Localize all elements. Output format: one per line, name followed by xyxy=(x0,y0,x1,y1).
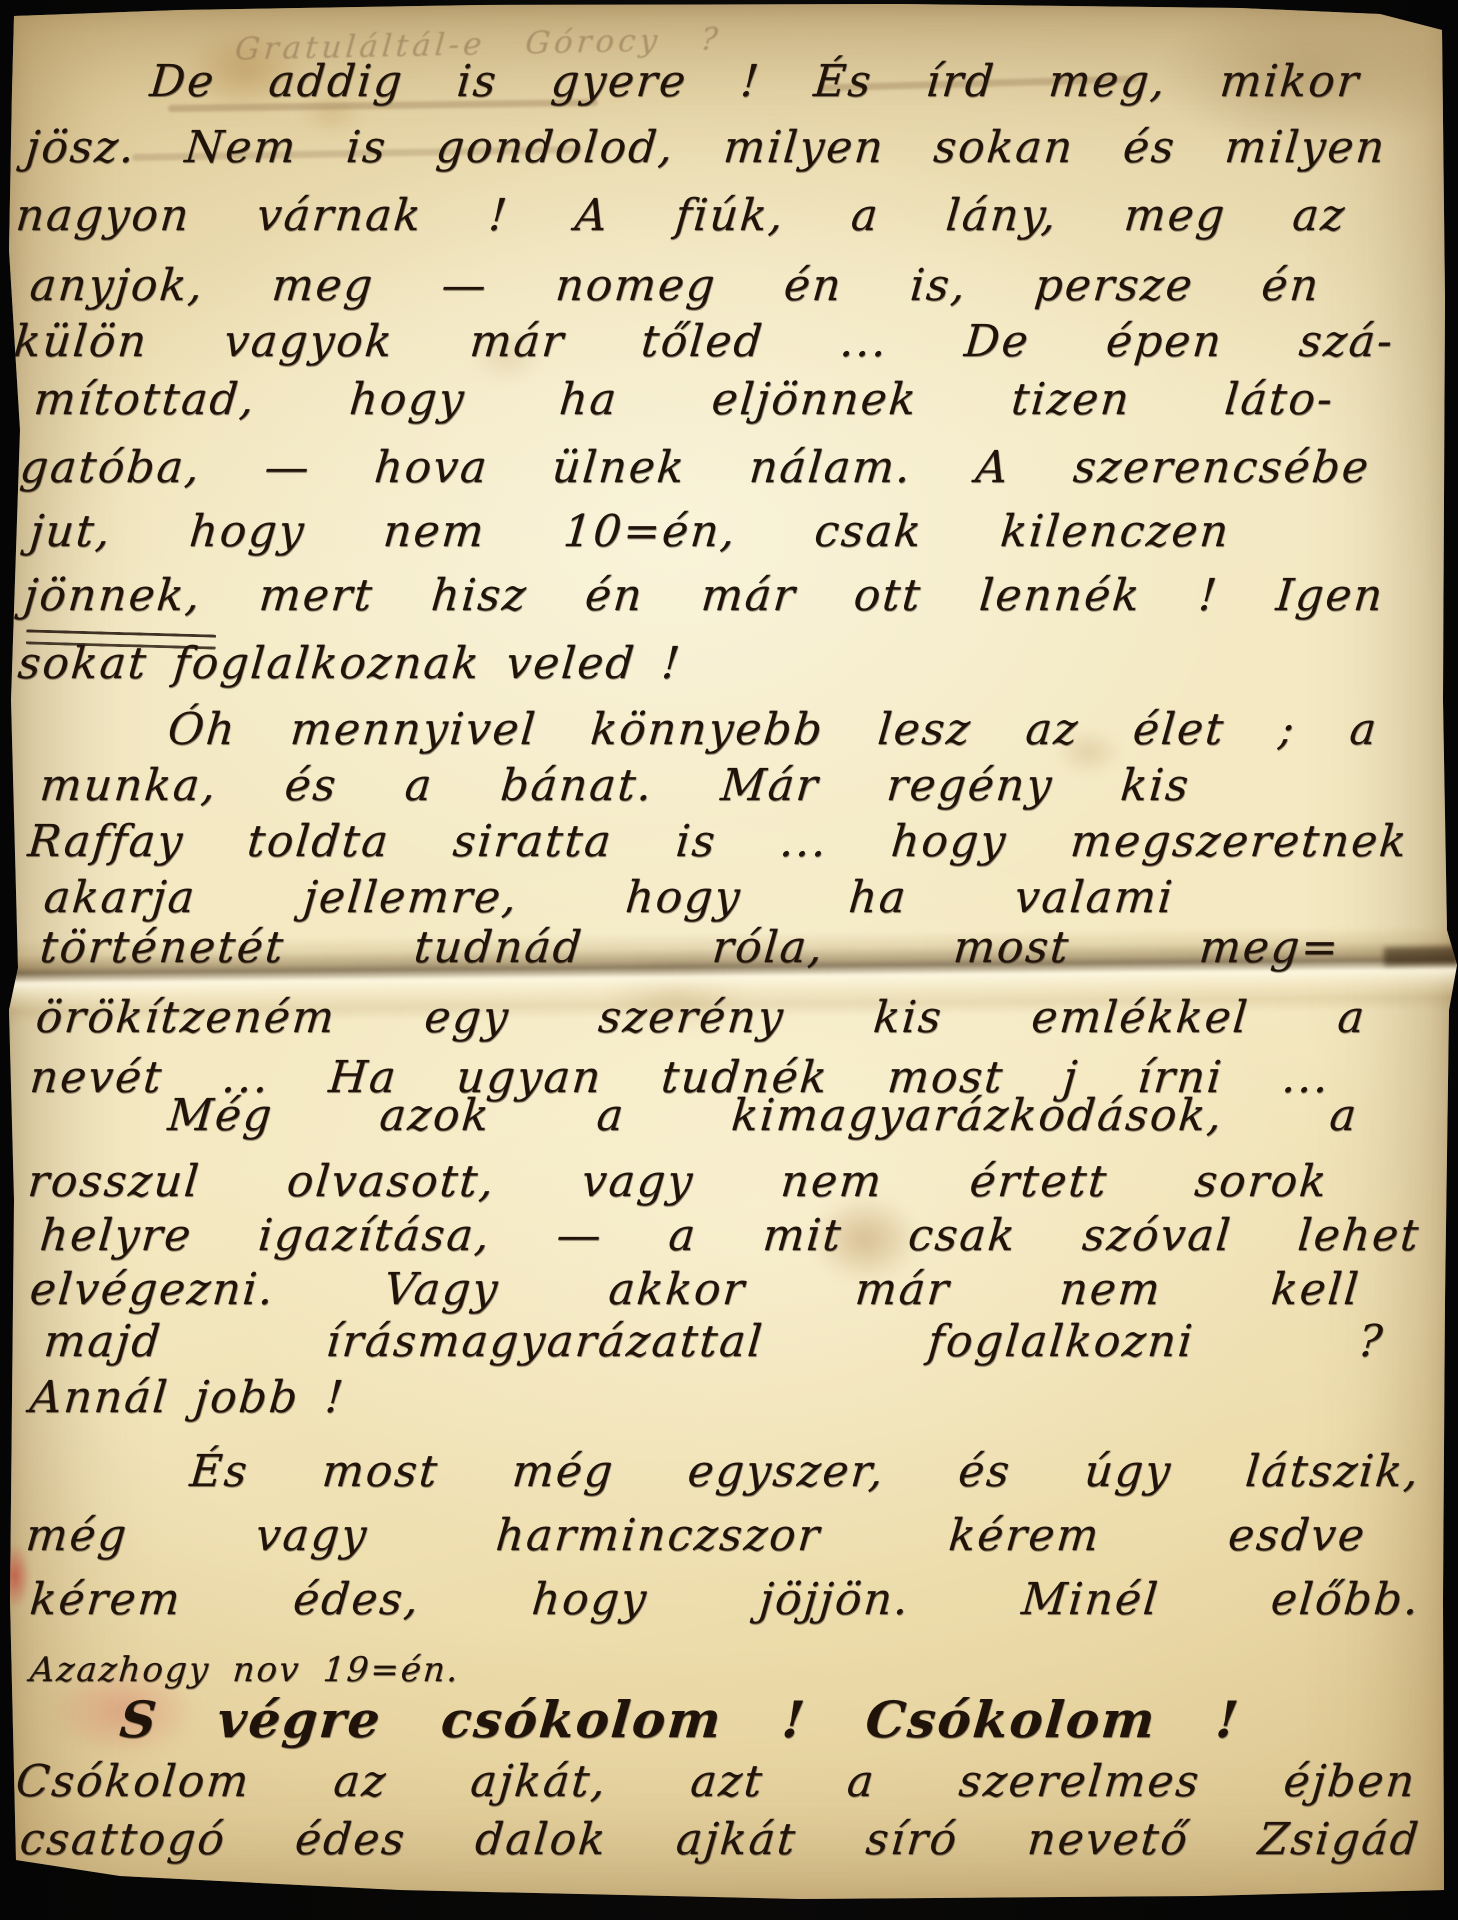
scanned-letter-photo: Gratuláltál-e Górocy ? De addig is gyere… xyxy=(0,0,1458,1920)
handwriting-line: jönnek, mert hisz én már ott lennék ! Ig… xyxy=(22,572,1386,620)
handwriting-line: És most még egyszer, és úgy látszik, xyxy=(188,1448,1422,1496)
handwriting-line: De addig is gyere ! És írd meg, mikor xyxy=(148,58,1362,106)
handwriting-line: rosszul olvasott, vagy nem értett sorok xyxy=(26,1158,1330,1206)
handwriting-line: jut, hogy nem 10=én, csak kilenczen xyxy=(28,508,1232,556)
handwriting-line: gatóba, — hova ülnek nálam. A szerencséb… xyxy=(18,444,1372,492)
handwriting-line: örökítzeném egy szerény kis emlékkel a xyxy=(34,994,1368,1042)
handwriting-line: anyjok, meg — nomeg én is, persze én xyxy=(28,262,1322,310)
handwriting-line: helyre igazítása, — a mit csak szóval le… xyxy=(38,1212,1422,1260)
handwriting-line: sokat foglalkoznak veled ! xyxy=(16,640,684,688)
handwriting-line: még vagy harminczszor kérem esdve xyxy=(24,1512,1368,1560)
handwriting-line: Csókolom az ajkát, azt a szerelmes éjben xyxy=(14,1758,1418,1806)
handwriting-line: Annál jobb ! xyxy=(28,1374,347,1422)
handwriting-line: Raffay toldta siratta is ... hogy megsze… xyxy=(26,818,1410,866)
letter-paper: Gratuláltál-e Górocy ? De addig is gyere… xyxy=(0,0,1458,1920)
handwriting-line: történetét tudnád róla, most meg= xyxy=(38,924,1342,972)
handwriting-line: Még azok a kimagyarázkodások, a xyxy=(166,1092,1360,1140)
handwriting-line: csattogó édes dalok ajkát síró nevető Zs… xyxy=(18,1816,1422,1864)
fold-edge-shadow xyxy=(1384,946,1458,965)
handwriting-line: Azazhogy nov 19=én. xyxy=(28,1652,461,1689)
handwriting-line: munka, és a bánat. Már regény kis xyxy=(38,762,1192,810)
handwriting-line: nagyon várnak ! A fiúk, a lány, meg az xyxy=(14,192,1348,240)
handwriting-line: majd írásmagyarázattal foglalkozni ? xyxy=(42,1318,1386,1366)
handwriting-line: kérem édes, hogy jöjjön. Minél előbb. xyxy=(28,1576,1422,1624)
handwriting-line: Óh mennyivel könnyebb lesz az élet ; a xyxy=(166,706,1380,754)
handwriting-line: S végre csókolom ! Csókolom ! xyxy=(118,1692,1243,1747)
handwriting-line: elvégezni. Vagy akkor már nem kell xyxy=(28,1266,1362,1314)
handwriting-line: jösz. Nem is gondolod, milyen sokan és m… xyxy=(24,124,1388,172)
handwriting-line: külön vagyok már tőled ... De épen szá- xyxy=(12,318,1396,366)
handwriting-line: mítottad, hogy ha eljönnek tizen láto- xyxy=(32,376,1336,424)
handwriting-line: akarja jellemre, hogy ha valami xyxy=(42,874,1176,922)
